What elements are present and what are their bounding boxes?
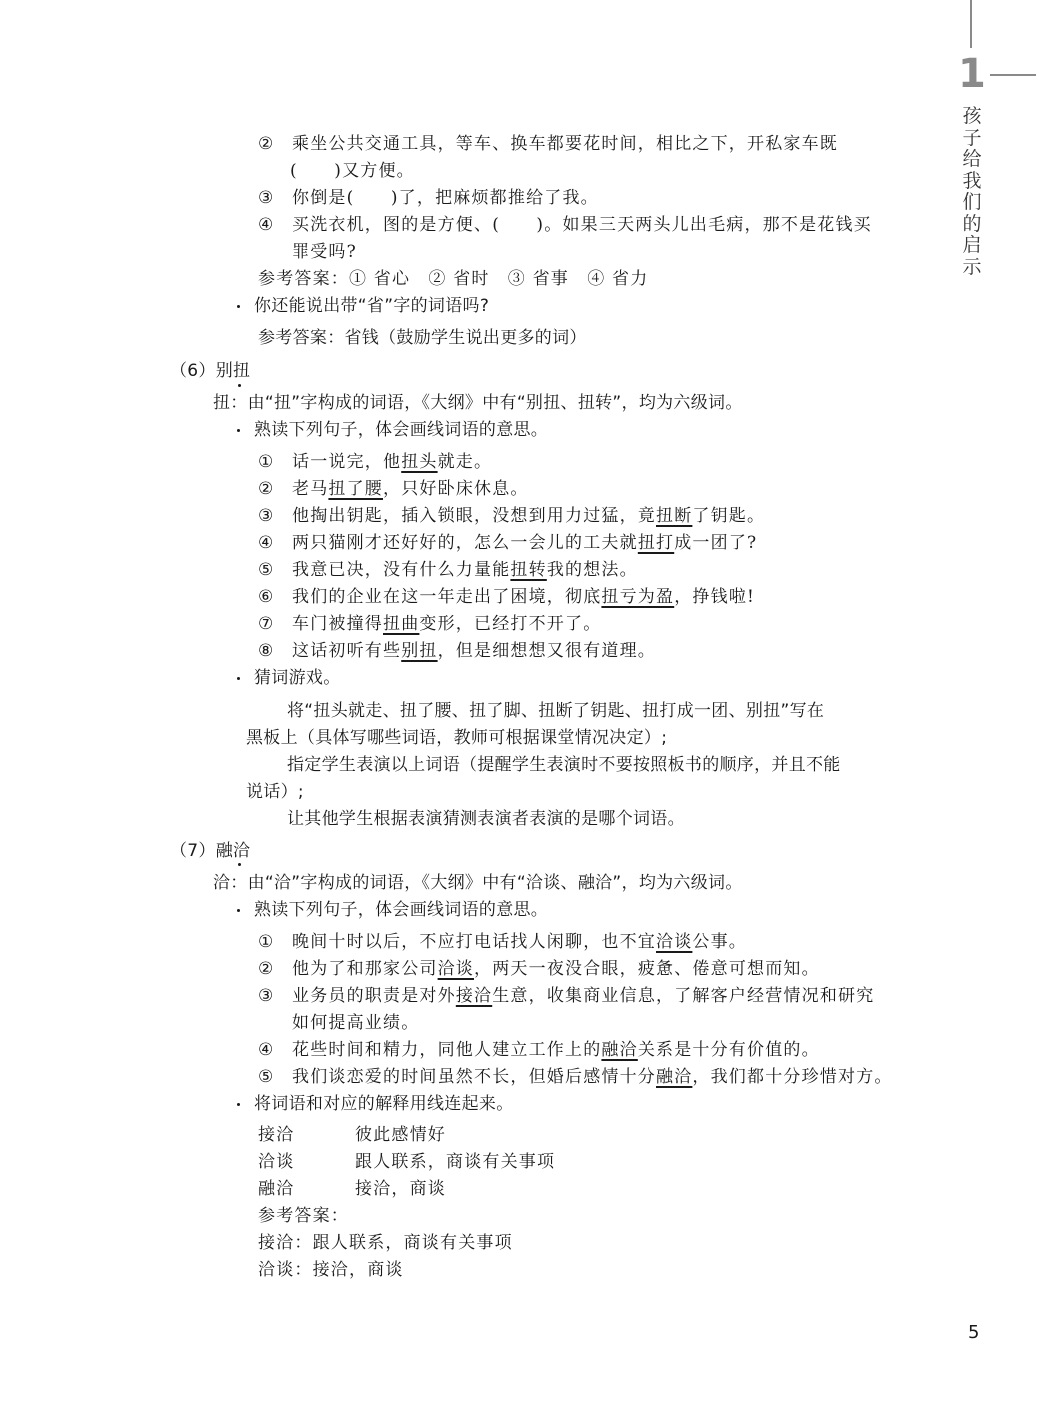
paragraph-line: 说话）; (246, 781, 304, 803)
paragraph-line: 将“扭头就走、扭了腰、扭了脚、扭断了钥匙、扭打成一团、别扭”写在 (287, 700, 824, 722)
sentence-line: ③他掏出钥匙，插入锁眼，没想到用力过猛，竟扭断了钥匙。 (258, 505, 765, 527)
answer-label: 参考答案： (258, 1205, 349, 1227)
bullet-icon (237, 429, 240, 432)
sentence-line: 如何提高业绩。 (292, 1012, 419, 1034)
sentence-line: ⑧这话初听有些别扭，但是细想想又很有道理。 (258, 640, 656, 662)
textbook-page: 1 孩 子 给 我 们 的 启 示 ②乘坐公共交通工具，等车、换车都要花时间，相… (0, 0, 1039, 1401)
answer-line: 洽谈：接洽，商谈 (258, 1259, 404, 1281)
answer-line: 参考答案：① 省心 ② 省时 ③ 省事 ④ 省力 (258, 268, 648, 290)
bullet-text: 你还能说出带“省”字的词语吗? (254, 295, 489, 317)
sentence-line: ④花些时间和精力，同他人建立工作上的融洽关系是十分有价值的。 (258, 1039, 820, 1061)
chapter-title: 孩 子 给 我 们 的 启 示 (960, 106, 984, 278)
exercise-line: ②乘坐公共交通工具，等车、换车都要花时间，相比之下，开私家车既 (258, 133, 838, 155)
bullet-text: 熟读下列句子，体会画线词语的意思。 (254, 899, 548, 921)
paragraph-line: 让其他学生根据表演猜测表演者表演的是哪个词语。 (287, 808, 685, 830)
emphasis-dot-icon (238, 863, 241, 866)
sentence-line: ④两只猫刚才还好好的，怎么一会儿的工夫就扭打成一团了? (258, 532, 757, 554)
bullet-icon (237, 677, 240, 680)
bullet-icon (237, 305, 240, 308)
paragraph-line: 黑板上（具体写哪些词语，教师可根据课堂情况决定）; (246, 727, 667, 749)
answer-line: 接洽：跟人联系，商谈有关事项 (258, 1232, 513, 1254)
answer-line: 参考答案：省钱（鼓励学生说出更多的词） (258, 327, 587, 349)
match-def: 接洽，商谈 (355, 1178, 446, 1200)
exercise-line: ④买洗衣机，图的是方便、( )。如果三天两头儿出毛病，那不是花钱买 (258, 214, 872, 236)
sentence-line: ⑤我们谈恋爱的时间虽然不长，但婚后感情十分融洽，我们都十分珍惜对方。 (258, 1066, 893, 1088)
emphasis-dot-icon (238, 384, 241, 387)
page-number: 5 (968, 1322, 979, 1343)
exercise-line: ( )又方便。 (290, 160, 415, 182)
match-def: 彼此感情好 (355, 1124, 446, 1146)
exercise-line: 罪受吗? (292, 241, 357, 263)
bullet-text: 将词语和对应的解释用线连起来。 (254, 1093, 514, 1115)
sentence-line: ③业务员的职责是对外接洽生意，收集商业信息，了解客户经营情况和研究 (258, 985, 874, 1007)
match-def: 跟人联系，商谈有关事项 (355, 1151, 555, 1173)
sentence-line: ⑤我意已决，没有什么力量能扭转我的想法。 (258, 559, 638, 581)
section-heading: （6）别扭 (170, 360, 250, 382)
section-intro: 洽：由“洽”字构成的词语，《大纲》中有“洽谈、融洽”，均为六级词。 (213, 872, 743, 894)
sentence-line: ⑦车门被撞得扭曲变形，已经打不开了。 (258, 613, 601, 635)
paragraph-line: 指定学生表演以上词语（提醒学生表演时不要按照板书的顺序，并且不能 (287, 754, 841, 776)
sentence-line: ⑥我们的企业在这一年走出了困境，彻底扭亏为盈，挣钱啦! (258, 586, 755, 608)
section-heading: （7）融洽 (170, 840, 250, 862)
bullet-text: 熟读下列句子，体会画线词语的意思。 (254, 419, 548, 441)
sentence-line: ②他为了和那家公司洽谈，两天一夜没合眼，疲惫、倦意可想而知。 (258, 958, 820, 980)
match-row: 接洽 (258, 1124, 294, 1146)
match-row: 融洽 (258, 1178, 294, 1200)
chapter-divider-line (970, 0, 972, 48)
sentence-line: ①话一说完，他扭头就走。 (258, 451, 492, 473)
bullet-text: 猜词游戏。 (254, 667, 341, 689)
sentence-line: ②老马扭了腰，只好卧床休息。 (258, 478, 529, 500)
exercise-line: ③你倒是( )了，把麻烦都推给了我。 (258, 187, 599, 209)
sentence-line: ①晚间十时以后，不应打电话找人闲聊，也不宜洽谈公事。 (258, 931, 747, 953)
chapter-dash (990, 74, 1036, 76)
chapter-number: 1 (958, 52, 986, 96)
bullet-icon (237, 909, 240, 912)
section-intro: 扭：由“扭”字构成的词语，《大纲》中有“别扭、扭转”，均为六级词。 (213, 392, 743, 414)
match-row: 洽谈 (258, 1151, 294, 1173)
bullet-icon (237, 1103, 240, 1106)
